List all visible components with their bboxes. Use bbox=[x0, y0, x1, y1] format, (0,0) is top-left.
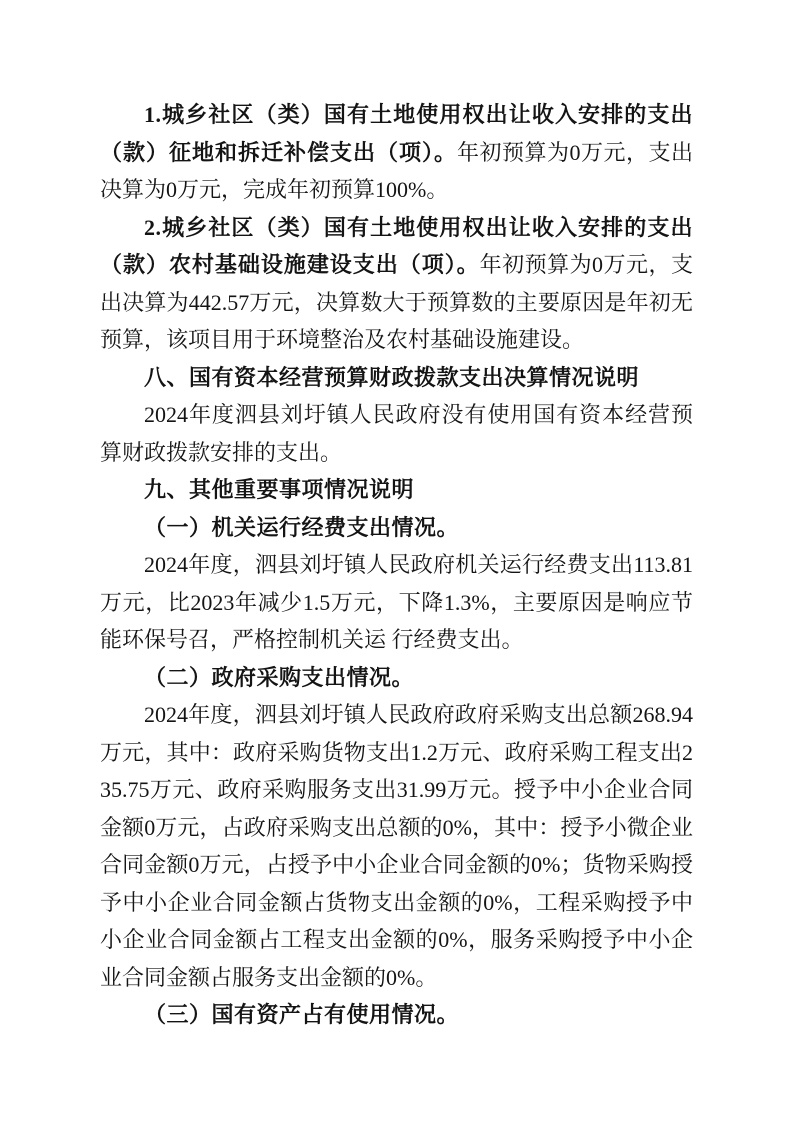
subsection-heading-9-2: （二）政府采购支出情况。 bbox=[100, 659, 693, 697]
body-text-segment: 2024年度，泗县刘圩镇人民政府政府采购支出总额268.94万元，其中：政府采购… bbox=[100, 702, 693, 990]
section-heading-8: 八、国有资本经营预算财政拨款支出决算情况说明 bbox=[100, 359, 693, 397]
bold-text-segment: （一）机关运行经费支出情况。 bbox=[144, 515, 459, 540]
body-text-segment: 2024年度泗县刘圩镇人民政府没有使用国有资本经营预算财政拨款安排的支出。 bbox=[100, 402, 693, 465]
subsection-heading-9-1: （一）机关运行经费支出情况。 bbox=[100, 509, 693, 547]
numbered-item-1-paragraph: 1.城乡社区（类）国有土地使用权出让收入安排的支出（款）征地和拆迁补偿支出（项）… bbox=[100, 96, 693, 209]
document-page: 1.城乡社区（类）国有土地使用权出让收入安排的支出（款）征地和拆迁补偿支出（项）… bbox=[0, 0, 793, 1122]
body-paragraph-operating-expense: 2024年度，泗县刘圩镇人民政府机关运行经费支出113.81万元，比2023年减… bbox=[100, 546, 693, 659]
body-paragraph-procurement: 2024年度，泗县刘圩镇人民政府政府采购支出总额268.94万元，其中：政府采购… bbox=[100, 696, 693, 996]
document-body: 1.城乡社区（类）国有土地使用权出让收入安排的支出（款）征地和拆迁补偿支出（项）… bbox=[100, 96, 693, 1034]
body-text-segment: 2024年度，泗县刘圩镇人民政府机关运行经费支出113.81万元，比2023年减… bbox=[100, 552, 693, 652]
bold-text-segment: 九、其他重要事项情况说明 bbox=[144, 477, 414, 502]
section-heading-9: 九、其他重要事项情况说明 bbox=[100, 471, 693, 509]
bold-text-segment: 八、国有资本经营预算财政拨款支出决算情况说明 bbox=[144, 365, 639, 390]
subsection-heading-9-3: （三）国有资产占有使用情况。 bbox=[100, 996, 693, 1034]
body-paragraph-state-capital: 2024年度泗县刘圩镇人民政府没有使用国有资本经营预算财政拨款安排的支出。 bbox=[100, 396, 693, 471]
bold-text-segment: （三）国有资产占有使用情况。 bbox=[144, 1002, 459, 1027]
numbered-item-2-paragraph: 2.城乡社区（类）国有土地使用权出让收入安排的支出（款）农村基础设施建设支出（项… bbox=[100, 209, 693, 359]
bold-text-segment: （二）政府采购支出情况。 bbox=[144, 665, 414, 690]
